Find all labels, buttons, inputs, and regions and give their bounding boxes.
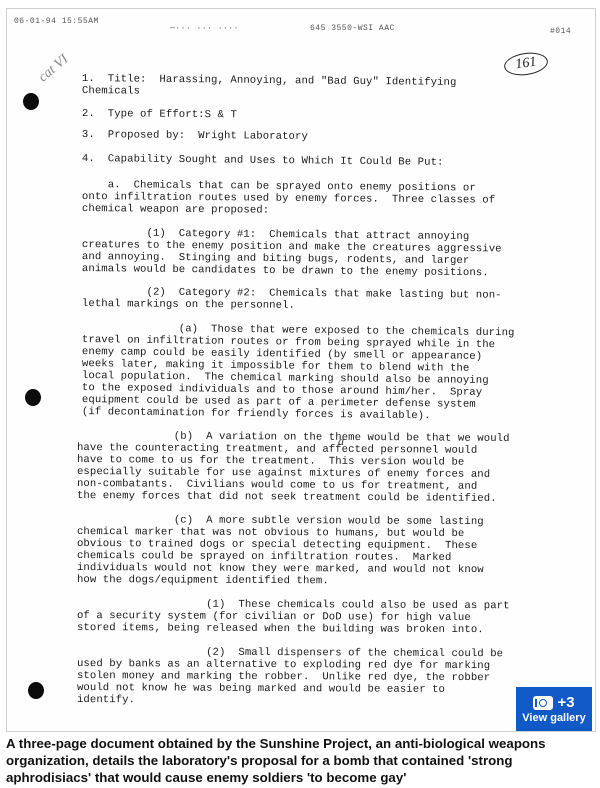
page-number-stamp: 161 [503, 50, 550, 78]
scanned-document: 06-01-94 15:55AM —··· ··· ···· 645 3550-… [7, 9, 595, 731]
view-gallery-button[interactable]: +3 View gallery [516, 687, 592, 731]
fax-datetime: 06-01-94 15:55AM [14, 17, 99, 26]
document-line: stored items, being released when the bu… [77, 622, 484, 637]
document-line: Chemicals [82, 85, 140, 99]
document-line: 4. Capability Sought and Uses to Which I… [82, 153, 444, 170]
gallery-label: View gallery [522, 712, 585, 724]
fax-header-middle: —··· ··· ···· [170, 24, 239, 33]
document-line: the enemy forces that did not seek treat… [77, 490, 497, 506]
camera-icon [533, 696, 553, 710]
fax-page: #014 [550, 27, 571, 36]
punch-hole [25, 389, 41, 406]
document-image[interactable]: 06-01-94 15:55AM —··· ··· ···· 645 3550-… [6, 8, 596, 732]
punch-hole [28, 682, 44, 699]
fax-number: 645 3550-WSI AAC [310, 24, 395, 33]
handwritten-note: cat VI [36, 52, 72, 86]
document-line: chemical weapon are proposed: [82, 203, 269, 218]
document-line: lethal markings on the personnel. [82, 298, 295, 313]
document-line: 3. Proposed by: Wright Laboratory [82, 129, 308, 144]
document-line: identify. [77, 694, 135, 707]
punch-hole [23, 93, 39, 110]
image-caption: A three-page document obtained by the Su… [6, 735, 596, 786]
document-line: how the dogs/equipment identified them. [77, 574, 329, 588]
gallery-count: +3 [557, 694, 574, 711]
document-line: 2. Type of Effort:S & T [82, 108, 237, 122]
